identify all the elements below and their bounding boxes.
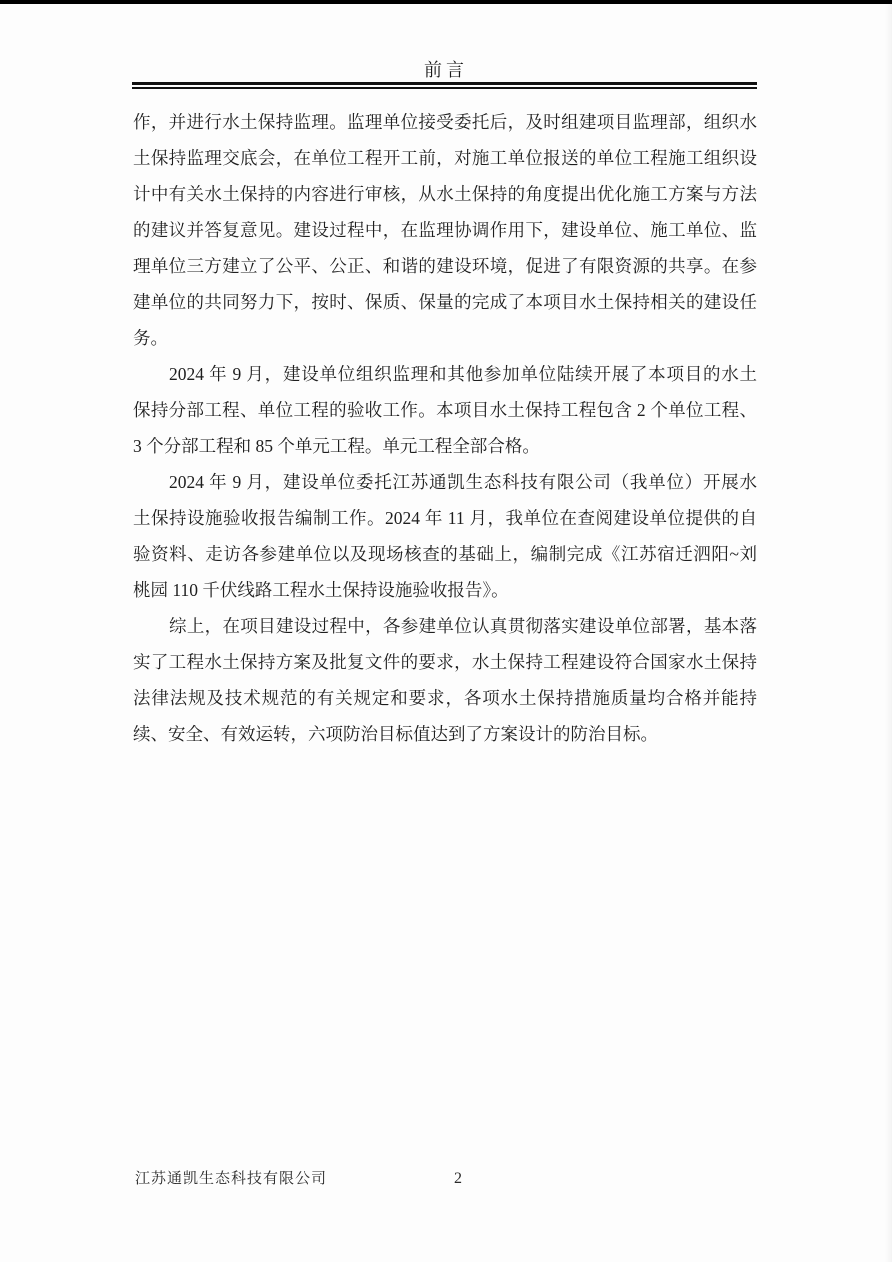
body-line: 法律法规及技术规范的有关规定和要求，各项水土保持措施质量均合格并能持 bbox=[133, 680, 757, 716]
body-line: 务。 bbox=[133, 320, 757, 356]
body-line: 2024 年 9 月，建设单位组织监理和其他参加单位陆续开展了本项目的水土 bbox=[133, 356, 757, 392]
body-line: 作，并进行水土保持监理。监理单位接受委托后，及时组建项目监理部，组织水 bbox=[133, 104, 757, 140]
title-double-rule bbox=[132, 82, 757, 89]
scan-right-edge bbox=[885, 0, 892, 1262]
body-line: 建单位的共同努力下，按时、保质、保量的完成了本项目水土保持相关的建设任 bbox=[133, 284, 757, 320]
body-line: 的建议并答复意见。建设过程中，在监理协调作用下，建设单位、施工单位、监 bbox=[133, 212, 757, 248]
body-line: 保持分部工程、单位工程的验收工作。本项目水土保持工程包含 2 个单位工程、 bbox=[133, 392, 757, 428]
body-line: 理单位三方建立了公平、公正、和谐的建设环境，促进了有限资源的共享。在参 bbox=[133, 248, 757, 284]
body-line: 桃园 110 千伏线路工程水土保持设施验收报告》。 bbox=[133, 572, 757, 608]
document-page: 前言 作，并进行水土保持监理。监理单位接受委托后，及时组建项目监理部，组织水土保… bbox=[0, 0, 892, 1262]
body-line: 2024 年 9 月，建设单位委托江苏通凯生态科技有限公司（我单位）开展水 bbox=[133, 464, 757, 500]
body-line: 验资料、走访各参建单位以及现场核查的基础上，编制完成《江苏宿迁泗阳~刘 bbox=[133, 536, 757, 572]
body-line: 土保持监理交底会，在单位工程开工前，对施工单位报送的单位工程施工组织设 bbox=[133, 140, 757, 176]
scan-top-edge bbox=[0, 0, 892, 4]
body-line: 续、安全、有效运转，六项防治目标值达到了方案设计的防治目标。 bbox=[133, 716, 757, 752]
body-line: 土保持设施验收报告编制工作。2024 年 11 月，我单位在查阅建设单位提供的自 bbox=[133, 500, 757, 536]
body-line: 计中有关水土保持的内容进行审核，从水土保持的角度提出优化施工方案与方法 bbox=[133, 176, 757, 212]
footer-company-name: 江苏通凯生态科技有限公司 bbox=[135, 1168, 327, 1190]
body-line: 综上，在项目建设过程中，各参建单位认真贯彻落实建设单位部署，基本落 bbox=[133, 608, 757, 644]
page-title: 前言 bbox=[0, 56, 892, 82]
body-line: 实了工程水土保持方案及批复文件的要求，水土保持工程建设符合国家水土保持 bbox=[133, 644, 757, 680]
document-body: 作，并进行水土保持监理。监理单位接受委托后，及时组建项目监理部，组织水土保持监理… bbox=[133, 104, 757, 752]
footer-page-number: 2 bbox=[448, 1168, 468, 1190]
body-line: 3 个分部工程和 85 个单元工程。单元工程全部合格。 bbox=[133, 428, 757, 464]
